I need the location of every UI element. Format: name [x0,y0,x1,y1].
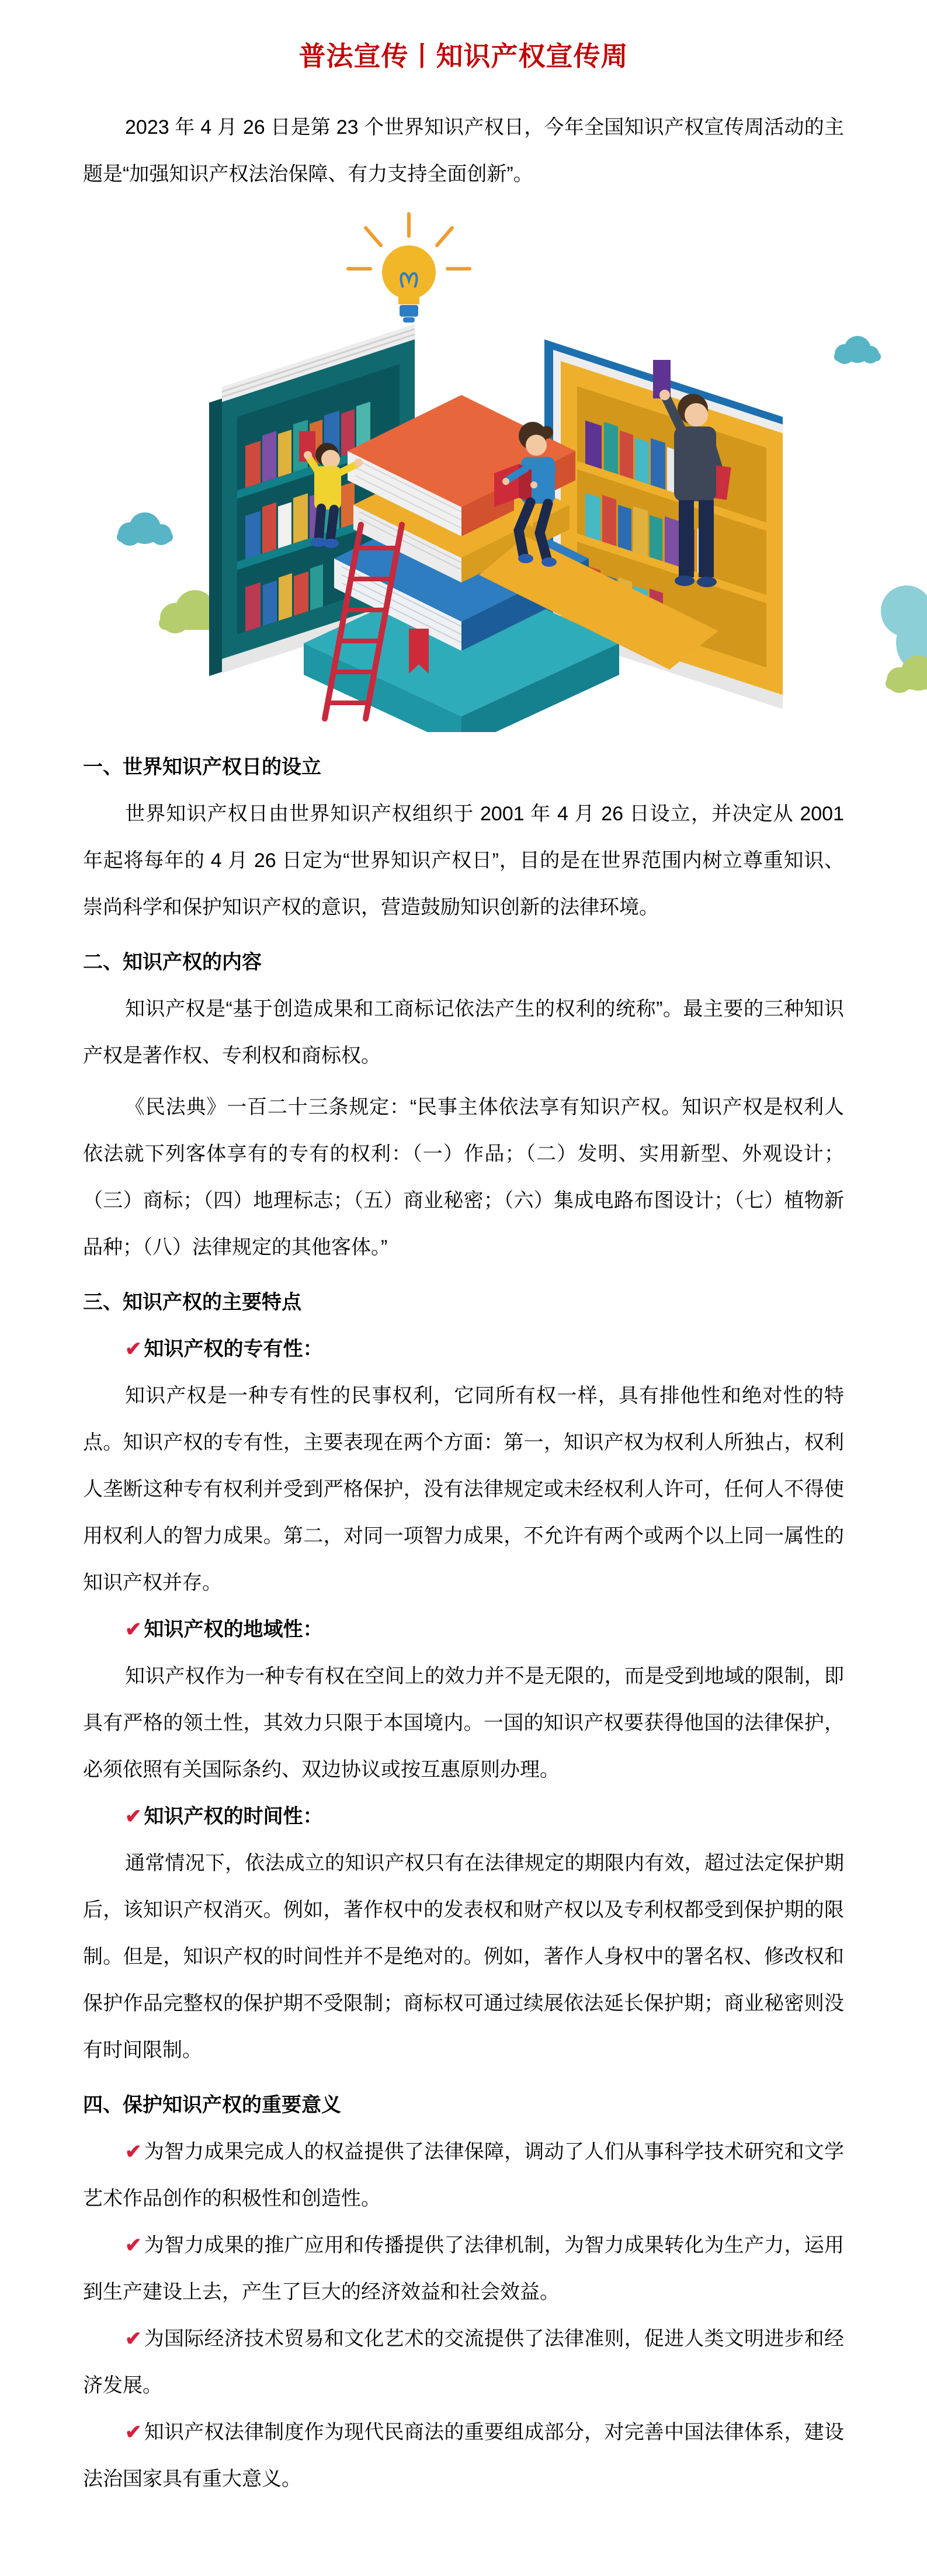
check-icon: ✔ [125,2234,142,2256]
section-1-heading: 一、世界知识产权日的设立 [83,744,844,791]
page-title: 普法宣传丨知识产权宣传周 [83,35,844,77]
check-icon: ✔ [125,2421,142,2443]
significance-item-3: ✔为国际经济技术贸易和文化艺术的交流提供了法律准则，促进人类文明进步和经济发展。 [83,2315,844,2409]
feature-exclusivity-body: 知识产权是一种专有性的民事权利，它同所有权一样，具有排他性和绝对性的特点。知识产… [83,1372,844,1606]
cloud-right-small-teal [834,336,881,364]
intro-paragraph: 2023 年 4 月 26 日是第 23 个世界知识产权日，今年全国知识产权宣传… [83,104,844,197]
bullet-text: 为智力成果的推广应用和传播提供了法律机制，为智力成果转化为生产力，运用到生产建设… [83,2234,844,2303]
lightbulb-icon [348,214,470,323]
check-icon: ✔ [125,1618,142,1641]
feature-time-limit-label: ✔知识产权的时间性： [83,1793,844,1840]
feature-territoriality-label: ✔知识产权的地域性： [83,1606,844,1653]
cloud-right-green [886,656,927,693]
check-icon: ✔ [125,2328,142,2350]
books-knowledge-illustration [0,209,927,732]
section-2-heading: 二、知识产权的内容 [83,939,844,986]
cloud-left-teal [117,512,173,546]
check-icon: ✔ [125,1338,142,1360]
bullet-text: 为智力成果完成人的权益提供了法律保障，调动了人们从事科学技术研究和文学艺术作品创… [83,2141,844,2210]
bullet-text: 知识产权法律制度作为现代民商法的重要组成部分，对完善中国法律体系，建设法治国家具… [83,2421,844,2490]
section-4-heading: 四、保护知识产权的重要意义 [83,2082,844,2128]
document-page: 普法宣传丨知识产权宣传周 2023 年 4 月 26 日是第 23 个世界知识产… [0,0,927,2576]
feature-territoriality-body: 知识产权作为一种专有权在空间上的效力并不是无限的，而是受到地域的限制，即具有严格… [83,1653,844,1793]
significance-item-4: ✔知识产权法律制度作为现代民商法的重要组成部分，对完善中国法律体系，建设法治国家… [83,2409,844,2502]
section-3-heading: 三、知识产权的主要特点 [83,1279,844,1326]
feature-label-text: 知识产权的地域性： [144,1618,323,1641]
check-icon: ✔ [125,1805,142,1828]
feature-time-limit-body: 通常情况下，依法成立的知识产权只有在法律规定的期限内有效，超过法定保护期后，该知… [83,1840,844,2074]
feature-exclusivity-label: ✔知识产权的专有性： [83,1326,844,1372]
bullet-text: 为国际经济技术贸易和文化艺术的交流提供了法律准则，促进人类文明进步和经济发展。 [83,2328,844,2397]
feature-label-text: 知识产权的时间性： [144,1805,323,1828]
significance-item-2: ✔为智力成果的推广应用和传播提供了法律机制，为智力成果转化为生产力，运用到生产建… [83,2222,844,2315]
section-2-paragraph-1: 知识产权是“基于创造成果和工商标记依法产生的权利的统称”。最主要的三种知识产权是… [83,986,844,1079]
check-icon: ✔ [125,2141,142,2163]
significance-item-1: ✔为智力成果完成人的权益提供了法律保障，调动了人们从事科学技术研究和文学艺术作品… [83,2128,844,2222]
feature-label-text: 知识产权的专有性： [144,1338,323,1360]
section-2-paragraph-2: 《民法典》一百二十三条规定：“民事主体依法享有知识产权。知识产权是权利人依法就下… [83,1084,844,1271]
section-1-paragraph: 世界知识产权日由世界知识产权组织于 2001 年 4 月 26 日设立，并决定从… [83,791,844,931]
